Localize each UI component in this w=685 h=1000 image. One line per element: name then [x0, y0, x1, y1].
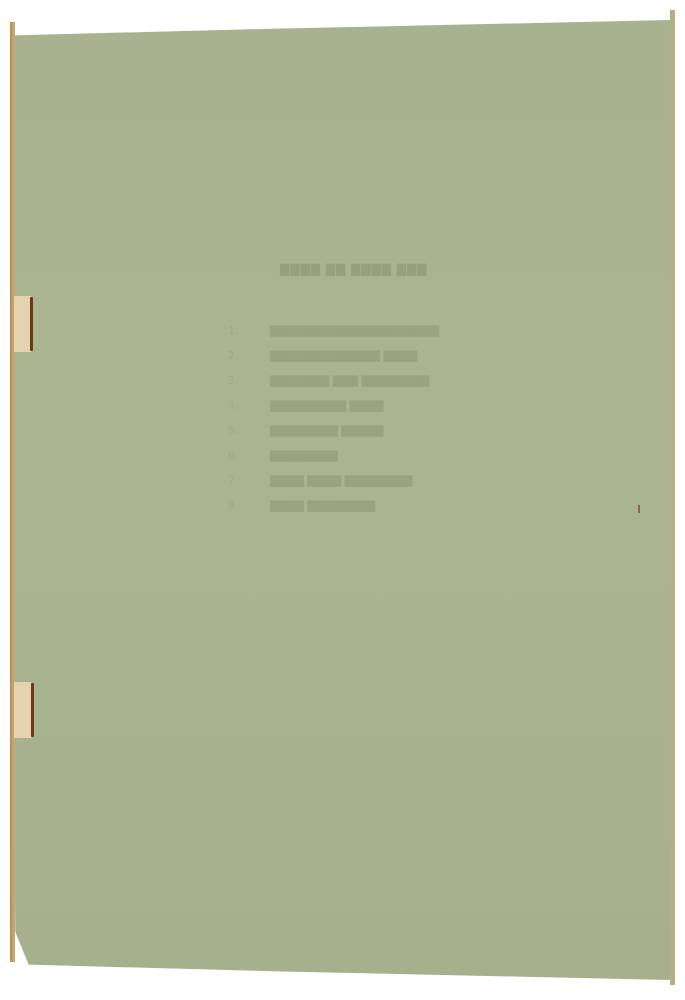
booklet-spine-edge [10, 22, 15, 962]
list-item: 8.▇▇▇▇ ▇▇▇▇▇▇▇▇ [228, 493, 439, 518]
list-item: 1.▇▇▇▇▇▇▇▇▇▇▇▇▇▇▇▇▇▇▇▇ [228, 318, 439, 343]
contents-list: 1.▇▇▇▇▇▇▇▇▇▇▇▇▇▇▇▇▇▇▇▇ 2.▇▇▇▇▇▇▇▇▇▇▇▇▇ ▇… [228, 318, 439, 518]
list-item-text: ▇▇▇▇▇▇▇▇▇ ▇▇▇▇ [270, 399, 383, 412]
binding-tape-bottom [14, 682, 32, 738]
list-item-text: ▇▇▇▇▇▇▇▇ [270, 449, 338, 462]
list-item-text: ▇▇▇▇▇▇▇ ▇▇▇ ▇▇▇▇▇▇▇▇ [270, 374, 429, 387]
list-item: 6.▇▇▇▇▇▇▇▇ [228, 443, 439, 468]
list-item-text: ▇▇▇▇ ▇▇▇▇▇▇▇▇ [270, 499, 375, 512]
staple-top [30, 297, 33, 351]
booklet-right-edge [670, 10, 675, 985]
list-item: 3.▇▇▇▇▇▇▇ ▇▇▇ ▇▇▇▇▇▇▇▇ [228, 368, 439, 393]
cover-title: ▇▇▇▇ ▇▇ ▇▇▇▇ ▇▇▇ [280, 262, 427, 276]
list-item-number: 1. [228, 324, 270, 337]
list-item-number: 5. [228, 424, 270, 437]
list-item-number: 7. [228, 474, 270, 487]
list-item-text: ▇▇▇▇ ▇▇▇▇ ▇▇▇▇▇▇▇▇ [270, 474, 412, 487]
list-item: 2.▇▇▇▇▇▇▇▇▇▇▇▇▇ ▇▇▇▇ [228, 343, 439, 368]
list-item-text: ▇▇▇▇▇▇▇▇ ▇▇▇▇▇ [270, 424, 383, 437]
list-item-number: 3. [228, 374, 270, 387]
list-item-text: ▇▇▇▇▇▇▇▇▇▇▇▇▇▇▇▇▇▇▇▇ [270, 324, 439, 337]
staple-bottom [31, 683, 34, 737]
list-item: 5.▇▇▇▇▇▇▇▇ ▇▇▇▇▇ [228, 418, 439, 443]
cover-mark [638, 505, 640, 513]
list-item-text: ▇▇▇▇▇▇▇▇▇▇▇▇▇ ▇▇▇▇ [270, 349, 417, 362]
list-item: 7.▇▇▇▇ ▇▇▇▇ ▇▇▇▇▇▇▇▇ [228, 468, 439, 493]
list-item-number: 4. [228, 399, 270, 412]
list-item: 4.▇▇▇▇▇▇▇▇▇ ▇▇▇▇ [228, 393, 439, 418]
list-item-number: 8. [228, 499, 270, 512]
list-item-number: 2. [228, 349, 270, 362]
list-item-number: 6. [228, 449, 270, 462]
